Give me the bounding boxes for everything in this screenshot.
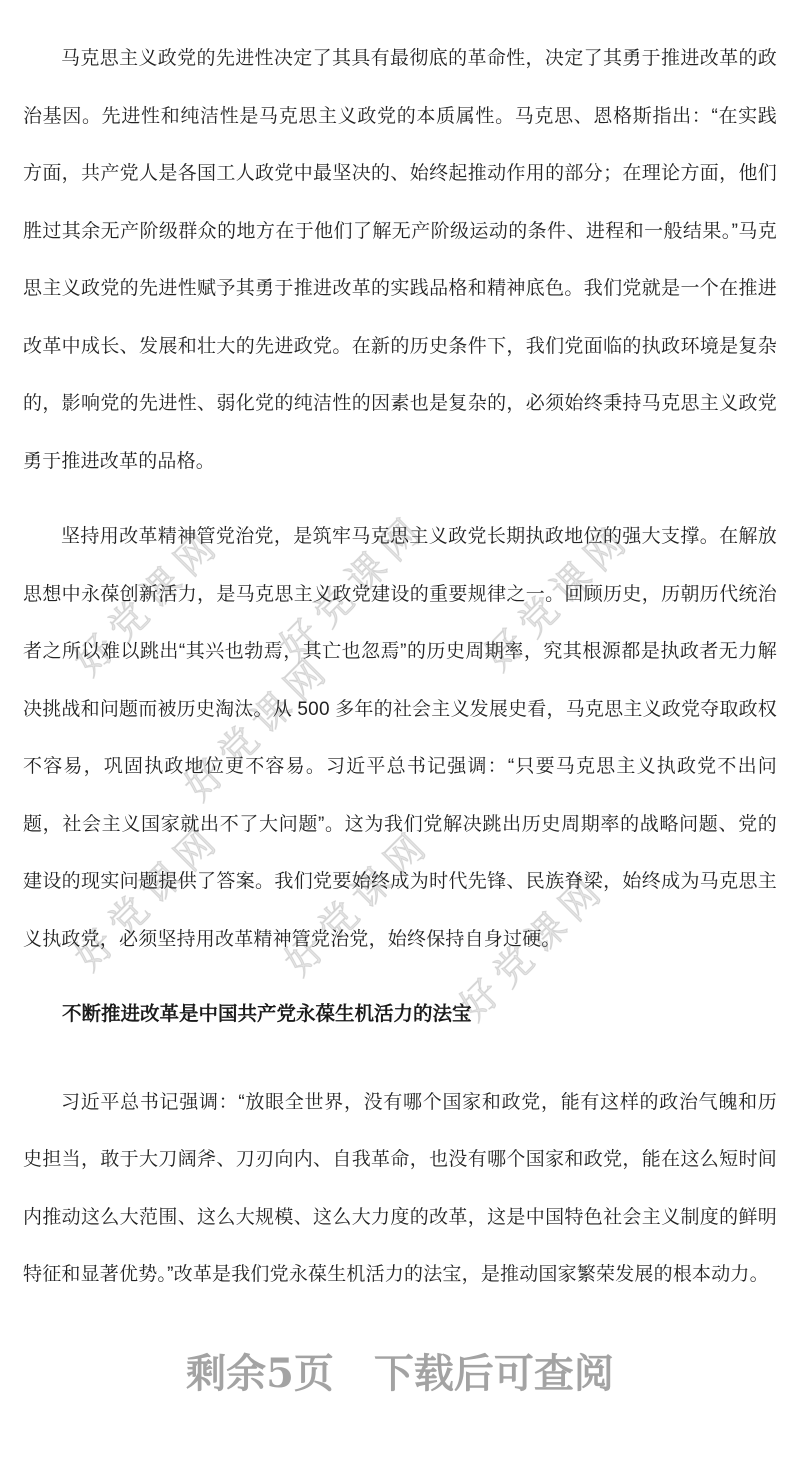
document-content: 马克思主义政党的先进性决定了其具有最彻底的革命性，决定了其勇于推进改革的政治基因… [0,0,800,1304]
document-page: 好党课网 好党课网 好党课网 好党课网 好党课网 好党课网 好党课网 马克思主义… [0,0,800,1471]
section-heading: 不断推进改革是中国共产党永葆生机活力的法宝 [23,986,777,1044]
paragraph-reform-spirit-governance: 坚持用改革精神管党治党，是筑牢马克思主义政党长期执政地位的强大支撑。在解放思想中… [23,508,777,968]
paragraph-marxist-party-advanced-nature: 马克思主义政党的先进性决定了其具有最彻底的革命性，决定了其勇于推进改革的政治基因… [23,30,777,490]
paragraph-reform-vitality-treasure: 习近平总书记强调：“放眼全世界，没有哪个国家和政党，能有这样的政治气魄和历史担当… [23,1074,777,1304]
preview-footer: 剩余5页下载后可查阅 [0,1350,800,1398]
download-hint-label: 下载后可查阅 [374,1350,614,1397]
remaining-pages-label: 剩余5页 [186,1350,334,1397]
